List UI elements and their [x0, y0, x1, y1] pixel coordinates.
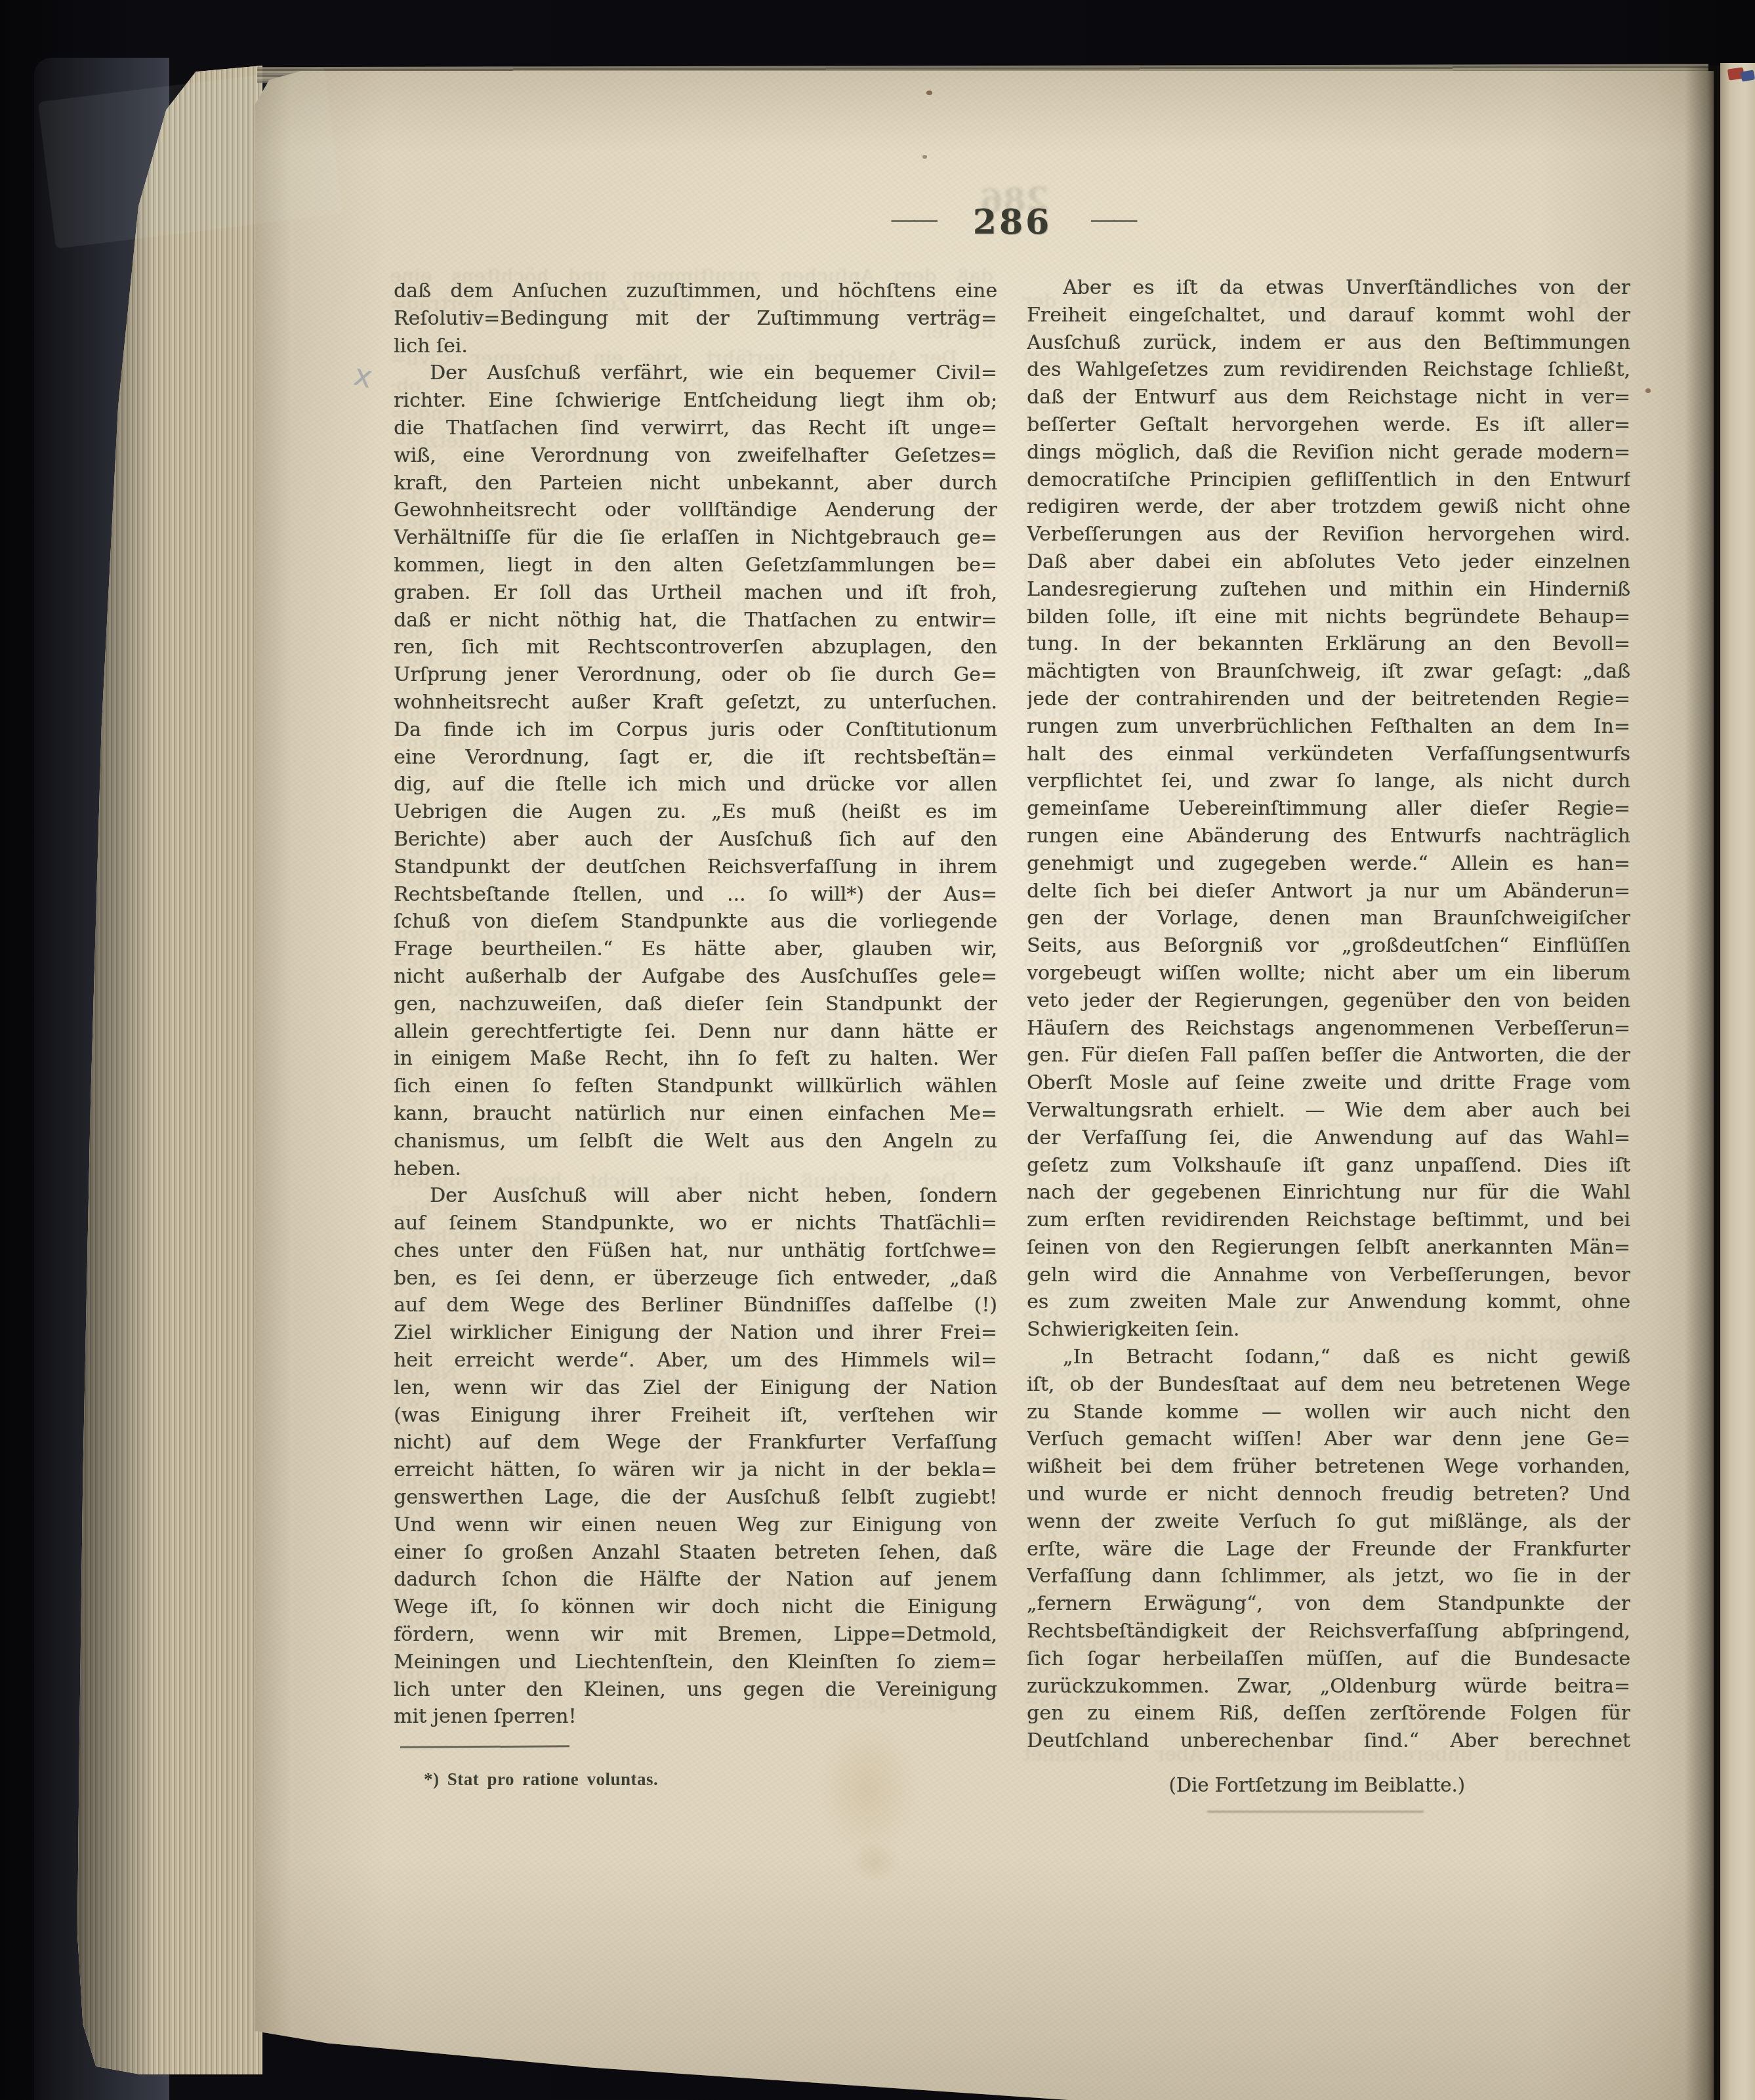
text-line: ſich einen ſo feſten Standpunkt willkürl… — [394, 1073, 997, 1100]
text-line: ches unter den Füßen hat, nur unthätig f… — [394, 1237, 997, 1265]
text-line: wiß, eine Verordnung von zweifelhafter G… — [394, 442, 997, 470]
text-line: iſt, ob der Bundesſtaat auf dem neu betr… — [1027, 1371, 1630, 1399]
text-line: len, wenn wir das Ziel der Einigung der … — [394, 1374, 997, 1402]
text-line: heit erreicht werde“. Aber, um des Himme… — [394, 1347, 997, 1374]
book-scan: daß dem Anſuchen zuzuſtimmen, und höchſt… — [0, 0, 1755, 2100]
text-line: zurückzukommen. Zwar, „Oldenburg würde b… — [1027, 1673, 1630, 1700]
text-line: Deutſchland unberechenbar ſind.“ Aber be… — [1027, 1727, 1630, 1755]
text-line: Urſprung jener Verordnung, oder ob ſie d… — [394, 661, 997, 689]
text-line: zu Stande komme — wollen wir auch nicht … — [1027, 1399, 1630, 1426]
book-page: daß dem Anſuchen zuzuſtimmen, und höchſt… — [255, 71, 1714, 2100]
text-line: Ziel wirklicher Einigung der Nation und … — [394, 1319, 997, 1347]
text-line: Uebrigen die Augen zu. „Es muß (heißt es… — [394, 798, 997, 826]
text-line: eine Verordnung, ſagt er, die iſt rechts… — [394, 744, 997, 772]
text-line: kann, braucht natürlich nur einen einfac… — [394, 1100, 997, 1128]
text-line: gen. Für dieſen Fall paſſen beſſer die A… — [1027, 1042, 1630, 1069]
gutter-shadow — [1685, 66, 1725, 2100]
text-line: einer ſo großen Anzahl Staaten betreten … — [394, 1539, 997, 1567]
text-line: Daß aber dabei ein abſolutes Veto jeder … — [1027, 548, 1630, 576]
text-line: Reſolutiv=Bedingung mit der Zuſtimmung v… — [394, 305, 997, 333]
text-line: Rechtsbeſtande ſtellen, und ... ſo will*… — [394, 881, 997, 909]
text-line: dig, auf die ſtelle ich mich und drücke … — [394, 771, 997, 798]
text-line: daß der Entwurf aus dem Reichstage nicht… — [1027, 384, 1630, 411]
text-line: kommen, liegt in den alten Geſetzſammlun… — [394, 552, 997, 579]
text-line: nach der gegebenen Einrichtung nur für d… — [1027, 1179, 1630, 1206]
text-line: ſich ſogar herbeilaſſen müſſen, auf die … — [1027, 1645, 1630, 1673]
text-line: Ausſchuß zurück, indem er aus den Beſtim… — [1027, 329, 1630, 357]
text-line: lich ſei. — [394, 333, 997, 360]
bleedthrough-rule — [1207, 1811, 1424, 1813]
text-line: daß er nicht nöthig hat, die Thatſachen … — [394, 607, 997, 634]
text-line: mächtigten von Braunſchweig, iſt zwar ge… — [1027, 658, 1630, 686]
text-line: Der Ausſchuß verfährt, wie ein bequemer … — [394, 360, 997, 387]
text-line: auf dem Wege des Berliner Bündniſſes daſ… — [394, 1292, 997, 1319]
text-line: nicht) auf dem Wege der Frankfurter Verf… — [394, 1429, 997, 1456]
text-line: des Wahlgeſetzes zum revidirenden Reichs… — [1027, 356, 1630, 384]
adjacent-page-edge — [1720, 63, 1755, 2100]
text-line: rungen eine Abänderung des Entwurfs nach… — [1027, 823, 1630, 850]
text-line: dadurch ſchon die Hälfte der Nation auf … — [394, 1566, 997, 1594]
text-line: in einigem Maße Recht, ihn ſo feſt zu ha… — [394, 1045, 997, 1073]
text-line: Frage beurtheilen.“ Es hätte aber, glaub… — [394, 936, 997, 963]
text-line: der Verfaſſung ſei, die Anwendung auf da… — [1027, 1124, 1630, 1152]
page-number: 286 — [973, 202, 1052, 242]
text-line: „In Betracht ſodann,“ daß es nicht gewiß — [1027, 1344, 1630, 1371]
text-line: chanismus, um ſelbſt die Welt aus den An… — [394, 1128, 997, 1155]
text-line: veto jeder der Regierungen, gegenüber de… — [1027, 987, 1630, 1015]
header-dash-right: —— — [1090, 204, 1134, 234]
text-line: genehmigt und zugegeben werde.“ Allein e… — [1027, 850, 1630, 878]
text-line: Häuſern des Reichstags angenommenen Verb… — [1027, 1015, 1630, 1042]
text-line: es zum zweiten Male zur Anwendung kommt,… — [1027, 1288, 1630, 1316]
continuation-note: (Die Fortſetzung im Beiblatte.) — [1027, 1774, 1630, 1796]
text-line: redigiren werde, der aber trotzdem gewiß… — [1027, 493, 1630, 521]
text-line: und wurde er nicht dennoch freudig betre… — [1027, 1481, 1630, 1508]
text-line: richter. Eine ſchwierige Entſcheidung li… — [394, 387, 997, 415]
text-line: gemeinſame Uebereinſtimmung aller dieſer… — [1027, 795, 1630, 823]
paper-speck — [1645, 388, 1651, 393]
paper-stain — [819, 1724, 917, 1855]
text-line: vorgebeugt wiſſen wollte; nicht aber um … — [1027, 960, 1630, 987]
text-line: beſſerter Geſtalt hervorgehen werde. Es … — [1027, 411, 1630, 439]
text-line: Meiningen und Liechtenſtein, den Kleinſt… — [394, 1649, 997, 1676]
text-line: Standpunkt der deutſchen Reichsverfaſſun… — [394, 854, 997, 881]
text-line: Der Ausſchuß will aber nicht heben, ſond… — [394, 1182, 997, 1210]
text-line: nicht außerhalb der Aufgabe des Ausſchuſ… — [394, 963, 997, 991]
text-line: graben. Er ſoll das Urtheil machen und i… — [394, 579, 997, 607]
text-line: democratiſche Principien gefliſſentlich … — [1027, 466, 1630, 494]
pencil-x-mark: x — [351, 357, 376, 395]
text-line: delte ſich bei dieſer Antwort ja nur um … — [1027, 878, 1630, 905]
paper-speck — [922, 155, 927, 159]
text-line: Freiheit eingeſchaltet, und darauf kommt… — [1027, 302, 1630, 329]
text-line: ſeinen von den Regierungen ſelbſt anerka… — [1027, 1234, 1630, 1262]
text-line: heben. — [394, 1155, 997, 1183]
text-line: erſte, wäre die Lage der Freunde der Fra… — [1027, 1536, 1630, 1563]
text-line: lich unter den Kleinen, uns gegen die Ve… — [394, 1676, 997, 1704]
text-line: Wege iſt, ſo können wir doch nicht die E… — [394, 1594, 997, 1621]
footnote: *) Stat pro ratione voluntas. — [424, 1769, 658, 1790]
text-line: Verſuch gemacht wiſſen! Aber war denn je… — [1027, 1426, 1630, 1453]
text-line: wenn der zweite Verſuch ſo gut mißlänge,… — [1027, 1508, 1630, 1536]
text-line: mit jenen ſperren! — [394, 1703, 997, 1731]
text-line: genswerthen Lage, die der Ausſchuß ſelbſ… — [394, 1484, 997, 1512]
text-line: die Thatſachen ſind verwirrt, das Recht … — [394, 415, 997, 442]
text-line: kraft, den Parteien nicht unbekannt, abe… — [394, 470, 997, 497]
text-line: wißheit bei dem früher betretenen Wege v… — [1027, 1453, 1630, 1481]
text-line: verpflichtet ſei, und zwar ſo lange, als… — [1027, 768, 1630, 795]
text-line: Verwaltungsrath erhielt. — Wie dem aber … — [1027, 1097, 1630, 1124]
text-line: Verbeſſerungen aus der Reviſion hervorge… — [1027, 521, 1630, 548]
text-line: Da finde ich im Corpus juris oder Conſti… — [394, 716, 997, 744]
text-line: Und wenn wir einen neuen Weg zur Einigun… — [394, 1512, 997, 1539]
text-column-left: daß dem Anſuchen zuzuſtimmen, und höchſt… — [394, 278, 997, 1731]
text-line: Verhältniſſe für die ſie erlaſſen in Nic… — [394, 524, 997, 552]
text-column-right: Aber es iſt da etwas Unverſtändliches vo… — [1027, 274, 1630, 1755]
text-line: Seits, aus Beſorgniß vor „großdeutſchen“… — [1027, 932, 1630, 960]
text-line: gen, nachzuweiſen, daß dieſer ſein Stand… — [394, 991, 997, 1018]
text-line: Oberſt Mosle auf ſeine zweite und dritte… — [1027, 1069, 1630, 1097]
text-line: „fernern Erwägung“, von dem Standpunkte … — [1027, 1590, 1630, 1618]
page-header: —— 286 —— — [394, 202, 1631, 242]
text-line: Landesregierung zuſtehen und mithin ein … — [1027, 576, 1630, 604]
paper-stain — [848, 1842, 901, 1882]
text-line: (was Einigung ihrer Freiheit iſt, verſte… — [394, 1402, 997, 1430]
text-line: ben, es ſei denn, er überzeuge ſich entw… — [394, 1265, 997, 1292]
text-line: jede der contrahirenden und der beitrete… — [1027, 686, 1630, 713]
text-line: zum erſten revidirenden Reichstage beſti… — [1027, 1206, 1630, 1234]
text-line: gen der Vorlage, denen man Braunſchweigi… — [1027, 905, 1630, 932]
text-line: halt des einmal verkündeten Verfaſſungse… — [1027, 741, 1630, 768]
text-line: daß dem Anſuchen zuzuſtimmen, und höchſt… — [394, 278, 997, 305]
text-line: Aber es iſt da etwas Unverſtändliches vo… — [1027, 274, 1630, 302]
text-line: Berichte) aber auch der Ausſchuß ſich au… — [394, 826, 997, 854]
text-line: fördern, wenn wir mit Bremen, Lippe=Detm… — [394, 1621, 997, 1649]
text-line: dings möglich, daß die Reviſion nicht ge… — [1027, 439, 1630, 466]
paper-speck — [926, 91, 932, 95]
text-line: ſchuß von dieſem Standpunkte aus die vor… — [394, 908, 997, 936]
text-line: ren, ſich mit Rechtscontroverſen abzupla… — [394, 634, 997, 661]
text-line: Schwierigkeiten ſein. — [1027, 1316, 1630, 1344]
text-line: tung. In der bekannten Erklärung an den … — [1027, 630, 1630, 658]
text-line: auf ſeinem Standpunkte, wo er nichts Tha… — [394, 1210, 997, 1237]
text-line: erreicht hätten, ſo wären wir ja nicht i… — [394, 1456, 997, 1484]
text-line: gen zu einem Riß, deſſen zerſtörende Fol… — [1027, 1700, 1630, 1727]
text-line: wohnheitsrecht außer Kraft geſetzt, zu u… — [394, 689, 997, 716]
footnote-rule — [400, 1745, 569, 1748]
text-line: bilden ſolle, iſt eine mit nichts begrün… — [1027, 604, 1630, 631]
text-line: Gewohnheitsrecht oder vollſtändige Aende… — [394, 497, 997, 524]
text-line: Rechtsbeſtändigkeit der Reichsverfaſſung… — [1027, 1618, 1630, 1645]
text-line: geln wird die Annahme von Verbeſſerungen… — [1027, 1262, 1630, 1289]
header-dash-left: —— — [890, 204, 935, 234]
text-line: geſetz zum Volkshauſe iſt ganz unpaſſend… — [1027, 1152, 1630, 1180]
text-line: allein gerechtfertigte ſei. Denn nur dan… — [394, 1018, 997, 1046]
text-line: Verfaſſung dann ſchlimmer, als jetzt, wo… — [1027, 1563, 1630, 1590]
text-line: rungen zum unverbrüchlichen Feſthalten a… — [1027, 713, 1630, 741]
